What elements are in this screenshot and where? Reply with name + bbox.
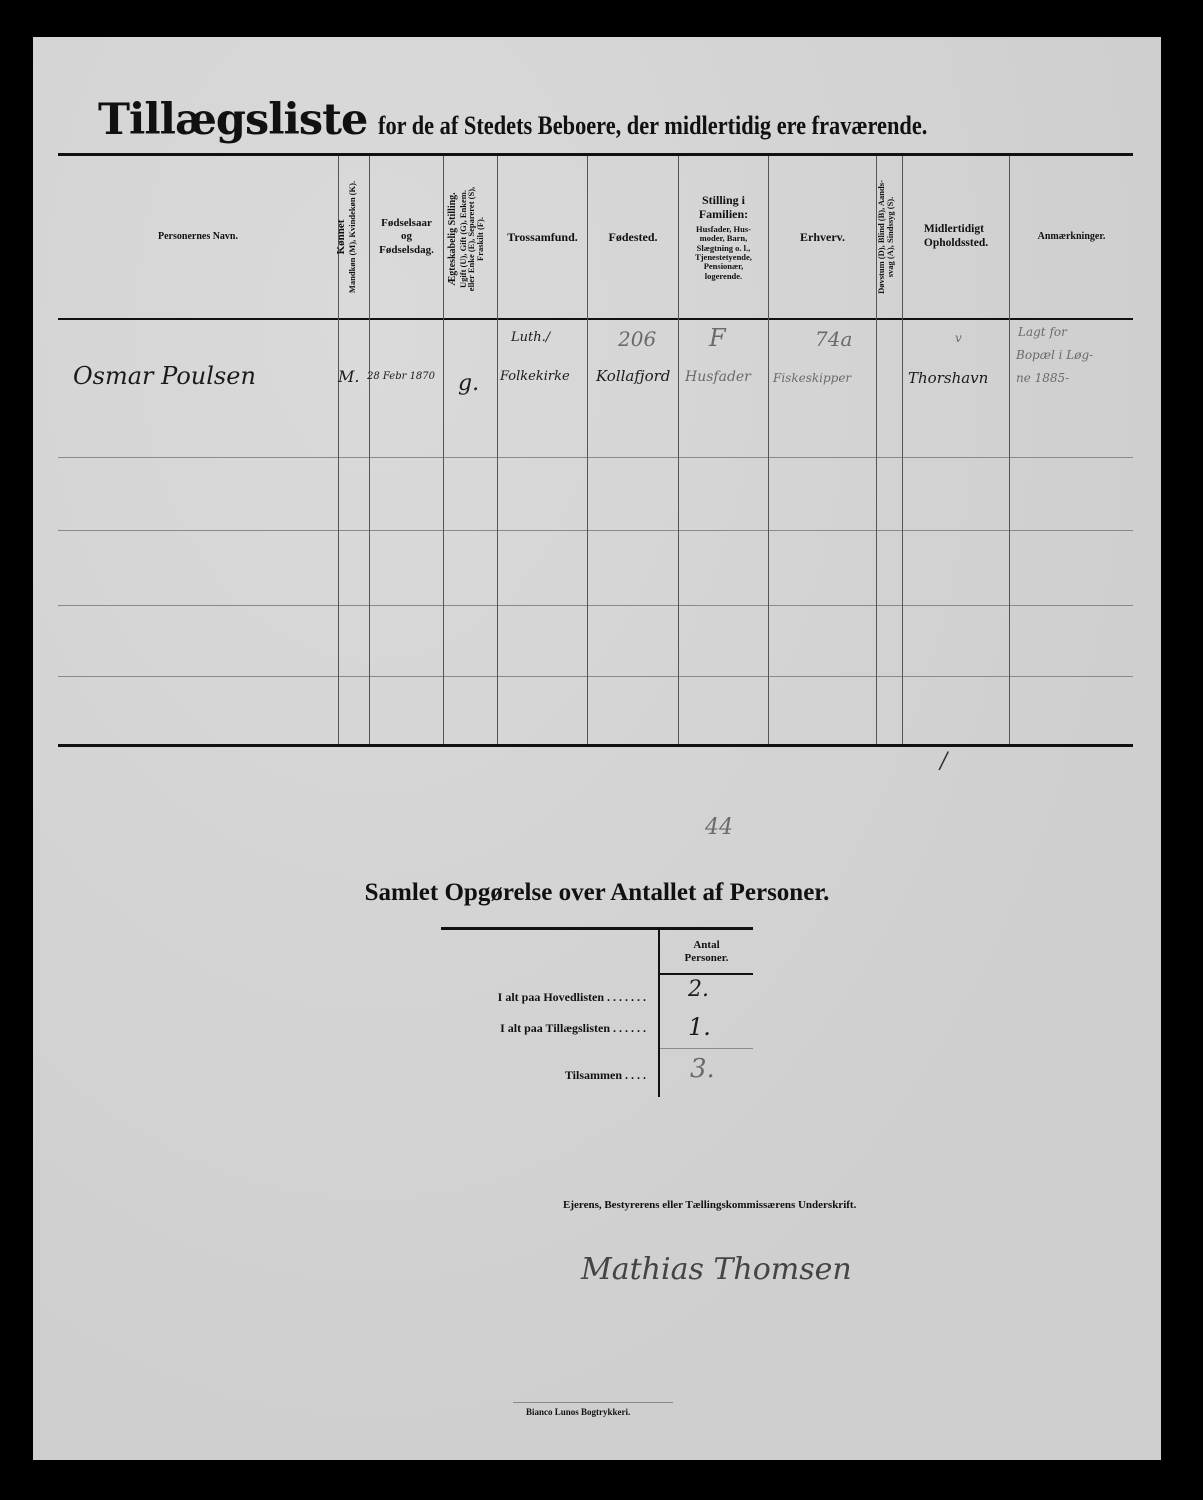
cell-remarks-line3: ne 1885- [1016, 371, 1069, 385]
header-family-line1: Stilling i [695, 193, 752, 207]
header-occupation: Erhverv. [769, 156, 876, 318]
cell-family-position-code: F [709, 324, 726, 352]
cell-birthplace-code: 206 [618, 327, 656, 351]
summary-label-total: Tilsammen . . . . [565, 1068, 646, 1083]
form-title-sub-bold: fraværende. [812, 111, 928, 140]
column-divider [443, 156, 444, 744]
header-marital-line1: Ægteskabelig Stilling. [448, 164, 459, 314]
header-birthplace: Fødested. [588, 156, 678, 318]
summary-title: Samlet Opgørelse over Antallet af Person… [33, 879, 1161, 907]
form-title-main: Tillægsliste [98, 95, 367, 145]
cell-sex: M. [338, 367, 359, 386]
header-disability-line2: svag (A), Sindssyg (S). [886, 162, 895, 312]
header-birth: Fødselsaar og Fødselsdag. [370, 156, 443, 318]
header-marital: Ægteskabelig Stilling. Ugift (U), Gift (… [448, 164, 492, 314]
summary-header-line1: Antal [685, 939, 729, 952]
cell-religion: Folkekirke [500, 369, 570, 384]
header-sex: Kønnet Mandkøn (M), Kvindekøn (K). [336, 162, 366, 312]
table-header-rule [58, 318, 1133, 320]
cell-occupation: Fiskeskipper [773, 371, 851, 385]
cell-birthplace: Kollafjord [596, 367, 670, 385]
summary-header-line2: Personer. [685, 952, 729, 965]
form-title: Tillægsliste for de af Stedets Beboere, … [98, 95, 1098, 145]
table-bottom-rule [58, 744, 1133, 747]
row-divider [58, 530, 1133, 531]
summary-top-rule [441, 927, 753, 930]
printer-imprint: Bianco Lunos Bogtrykkeri. [526, 1407, 630, 1417]
header-birth-line2: og [379, 230, 434, 243]
summary-value-supplement-list: 1. [688, 1013, 711, 1041]
header-disability: Døvstum (D), Blind (B), Aands- svag (A),… [877, 162, 901, 312]
summary-label-supplement-list: I alt paa Tillægslisten . . . . . . [500, 1021, 646, 1036]
header-family-line2: Familien: [695, 207, 752, 221]
signature: Mathias Thomsen [581, 1252, 852, 1287]
summary-header: Antal Personer. [660, 933, 753, 971]
cell-name: Osmar Poulsen [73, 362, 256, 390]
header-family-position: Stilling i Familien: Husfader, Hus- mode… [679, 156, 768, 318]
header-sex-line1: Kønnet [336, 162, 348, 312]
header-birth-line1: Fødselsaar [379, 217, 434, 230]
header-religion: Trossamfund. [498, 156, 587, 318]
row-divider [58, 605, 1133, 606]
census-form-page: Tillægsliste for de af Stedets Beboere, … [33, 37, 1161, 1460]
form-title-sub-plain: for de af Stedets Beboere, der midlertid… [378, 111, 806, 140]
cell-birth: 28 Febr 1870 [367, 371, 435, 382]
cell-remarks-line2: Bopæl i Løg- [1016, 348, 1093, 362]
cell-family-position: Husfader [685, 369, 751, 385]
form-title-sub: for de af Stedets Beboere, der midlertid… [378, 111, 927, 141]
summary-value-total: 3. [690, 1054, 715, 1084]
row-divider [58, 457, 1133, 458]
header-temp-line2: Opholdssted. [924, 237, 988, 251]
summary-header-rule [660, 973, 753, 975]
header-family-line8: logerende. [695, 272, 752, 281]
cell-temp-residence-mark: v [955, 331, 962, 345]
printer-rule [513, 1402, 673, 1403]
header-temp-residence: Midlertidigt Opholdssted. [903, 156, 1009, 318]
page-number-mark: 44 [705, 815, 733, 840]
row-divider [58, 676, 1133, 677]
header-name: Personernes Navn. [58, 156, 338, 318]
signature-label: Ejerens, Bestyrerens eller Tællingskommi… [563, 1199, 856, 1211]
header-temp-line1: Midlertidigt [924, 223, 988, 237]
header-sex-line2: Mandkøn (M), Kvindekøn (K). [348, 162, 357, 312]
cell-marital: g. [458, 371, 479, 396]
header-marital-line4: Fraskilt (F). [476, 164, 485, 314]
cell-religion-top: Luth./ [511, 330, 550, 345]
header-remarks: Anmærkninger. [1010, 156, 1133, 318]
cell-occupation-code: 74a [815, 327, 852, 351]
stray-mark: / [940, 749, 947, 774]
summary-total-rule [660, 1048, 753, 1049]
cell-remarks-line1: Lagt for [1018, 325, 1067, 339]
summary-value-main-list: 2. [688, 977, 709, 1002]
header-birth-line3: Fødselsdag. [379, 244, 434, 257]
summary-label-main-list: I alt paa Hovedlisten . . . . . . . [498, 990, 646, 1005]
cell-temp-residence: Thorshavn [908, 369, 988, 387]
